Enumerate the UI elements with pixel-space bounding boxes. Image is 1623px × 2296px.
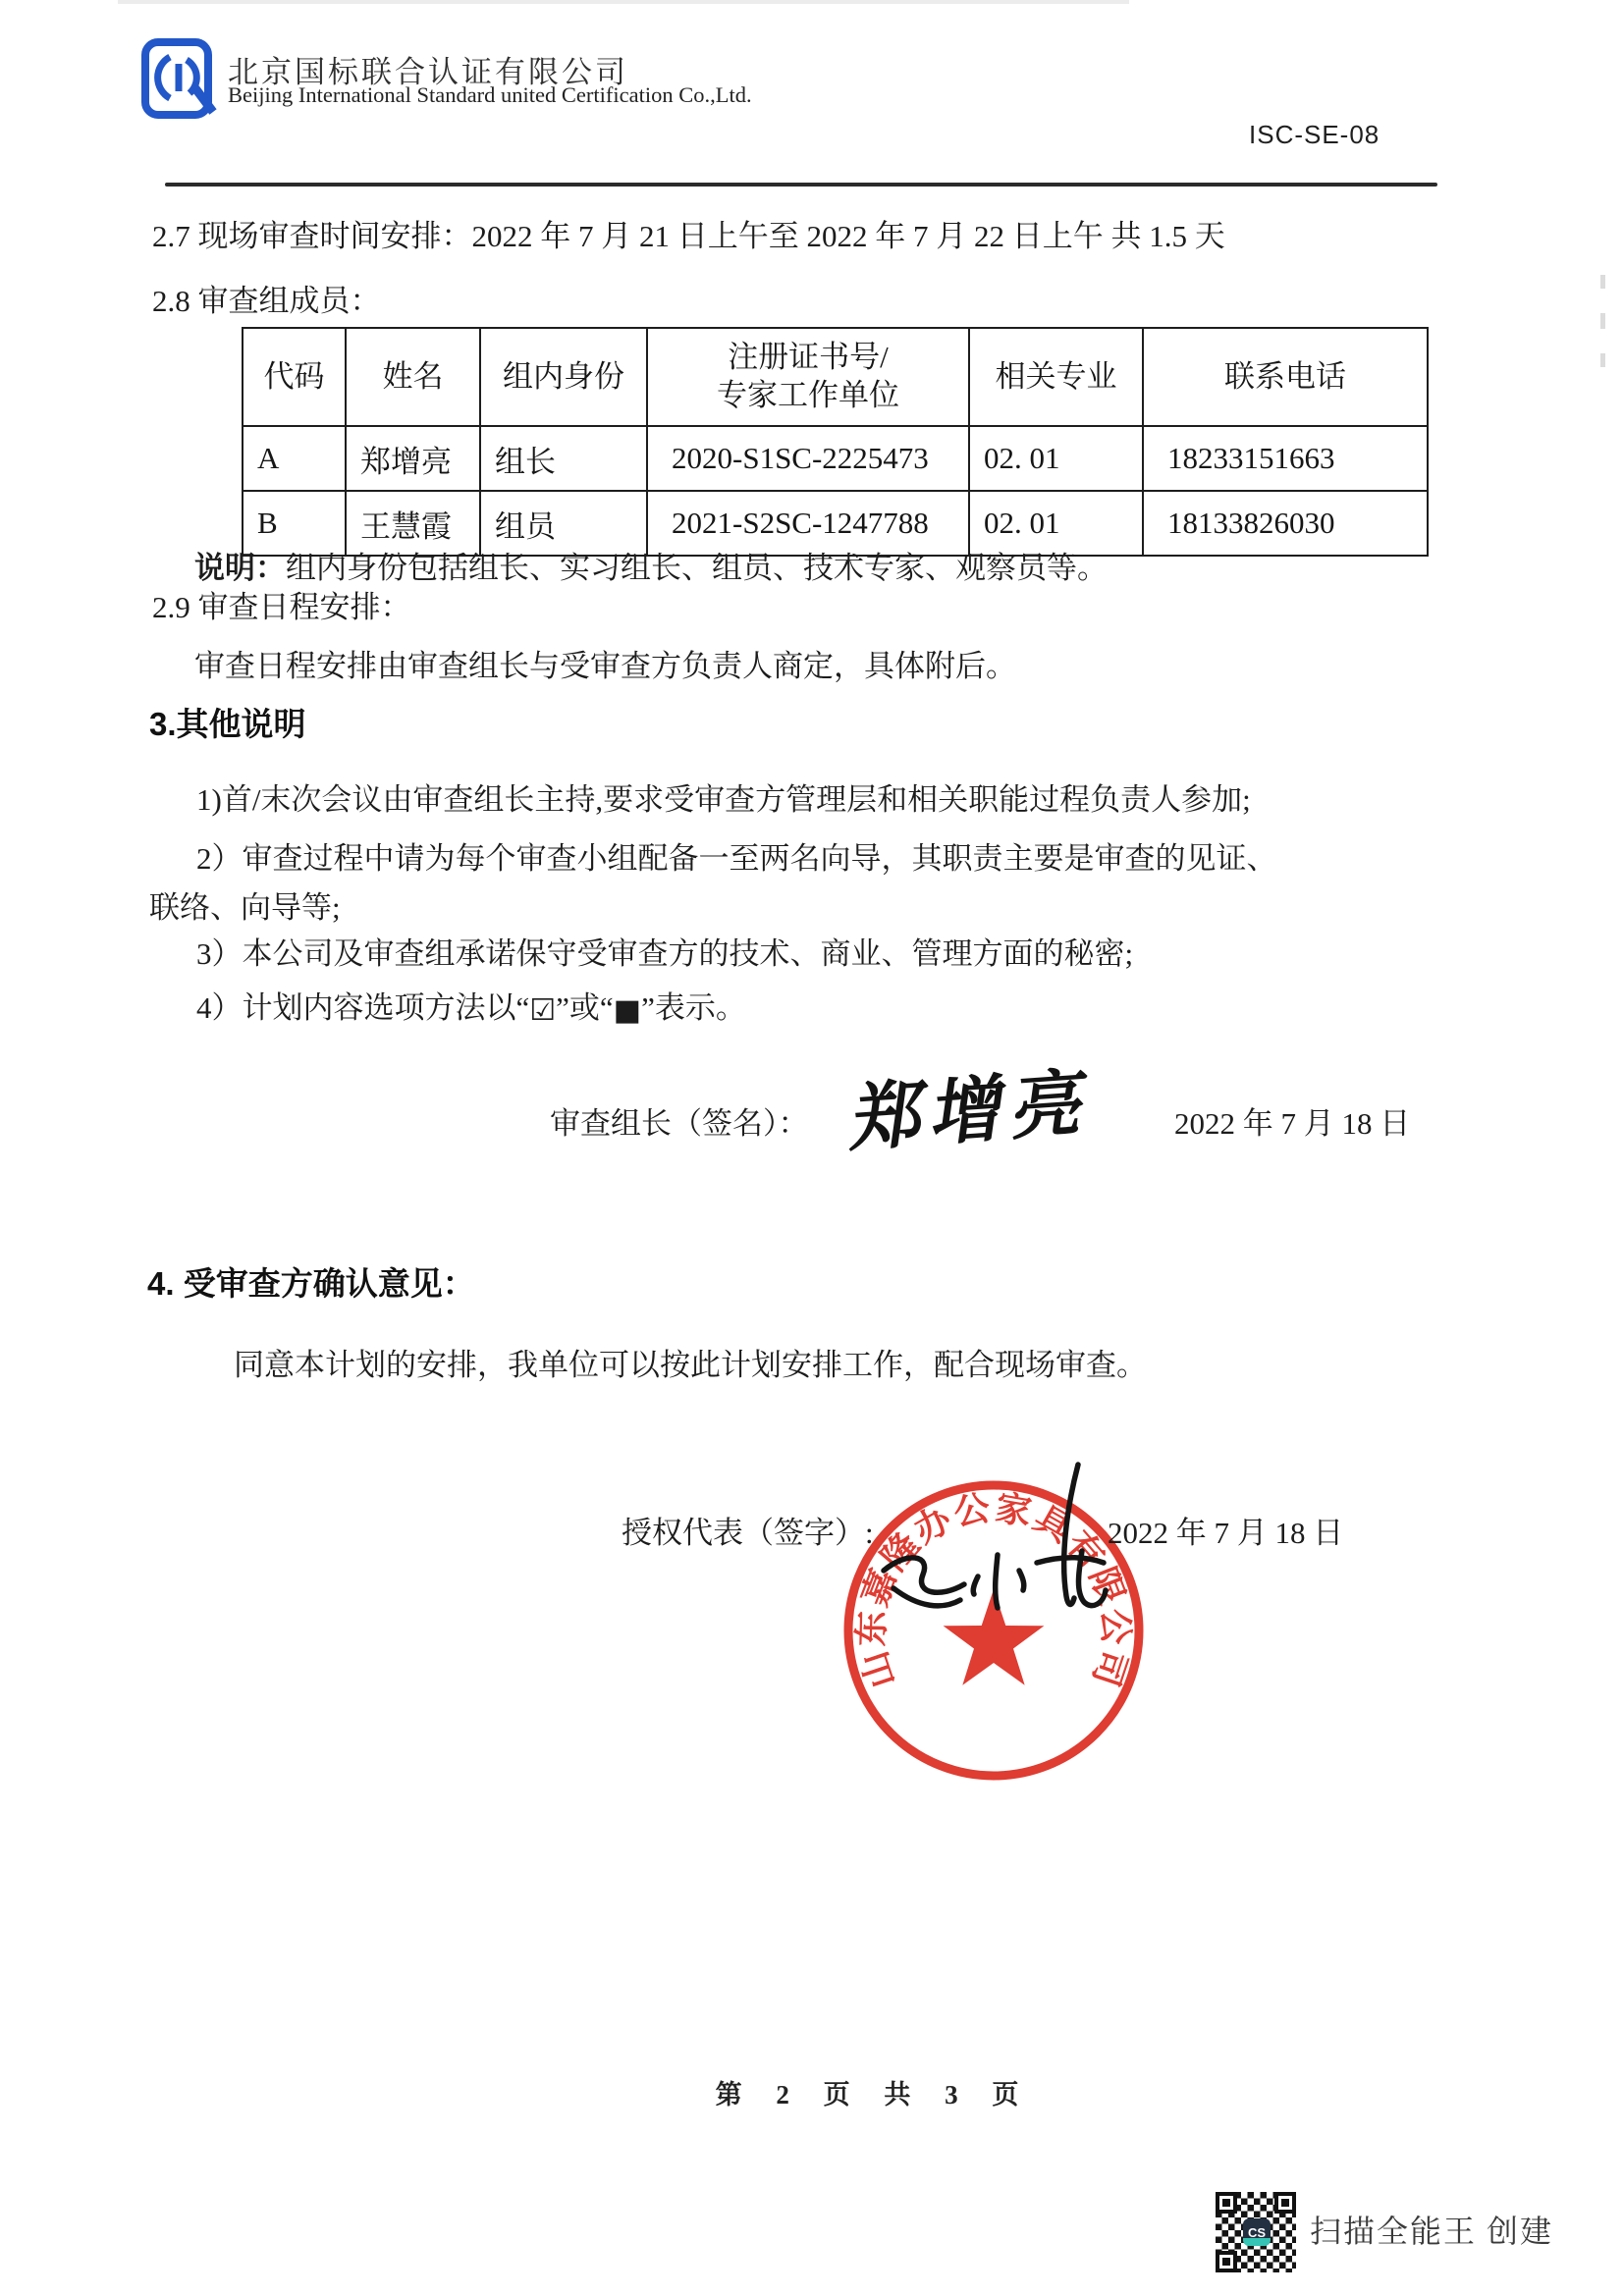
audit-team-table: 代码 姓名 组内身份 注册证书号/ 专家工作单位 相关专业 联系电话 A 郑增亮…: [242, 327, 1429, 557]
company-name-en: Beijing International Standard united Ce…: [228, 82, 752, 108]
qr-finder-icon: [1216, 2192, 1237, 2214]
table-note: 说明：组内身份包括组长、实习组长、组员、技术专家、观察员等。: [194, 550, 1108, 586]
cell-code: A: [243, 426, 346, 491]
cell-name: 王慧霞: [346, 491, 480, 556]
scan-artifact: [1600, 353, 1605, 367]
filled-box-icon: ■: [614, 993, 641, 1029]
col-header-name: 姓名: [346, 328, 480, 426]
representative-signature-date: 2022 年 7 月 18 日: [1108, 1515, 1343, 1551]
section-2-9: 2.9 审查日程安排：: [152, 589, 411, 625]
company-logo: [140, 37, 219, 120]
item4-text: ”或“: [556, 990, 614, 1025]
camscanner-badge-icon: CS: [1243, 2218, 1271, 2246]
item4-text: 4）计划内容选项方法以“: [196, 990, 529, 1025]
cell-specialty: 02. 01: [969, 426, 1143, 491]
scanned-document-page: 北京国标联合认证有限公司 Beijing International Stand…: [0, 0, 1623, 2296]
qr-finder-icon: [1274, 2192, 1296, 2214]
section-3-heading: 3.其他说明: [149, 699, 306, 745]
qr-code: CS: [1216, 2192, 1296, 2272]
scan-artifact: [1600, 275, 1605, 289]
leader-handwritten-signature: 郑增亮: [846, 1044, 1102, 1166]
section-3-item-3: 3）本公司及审查组承诺保守受审查方的技术、商业、管理方面的秘密;: [196, 935, 1133, 972]
col-header-phone: 联系电话: [1143, 328, 1428, 426]
leader-signature-label: 审查组长（签名）：: [550, 1105, 809, 1142]
col-header-role: 组内身份: [480, 328, 647, 426]
form-code: ISC-SE-08: [1249, 120, 1380, 150]
section-2-8: 2.8 审查组成员：: [152, 283, 381, 319]
table-row: B 王慧霞 组员 2021-S2SC-1247788 02. 01 181338…: [243, 491, 1428, 556]
col-header-specialty: 相关专业: [969, 328, 1143, 426]
cell-cert: 2021-S2SC-1247788: [647, 491, 969, 556]
scanner-watermark-text: 扫描全能王 创建: [1310, 2207, 1553, 2252]
table-note-text: 组内身份包括组长、实习组长、组员、技术专家、观察员等。: [286, 551, 1108, 585]
cell-cert: 2020-S1SC-2225473: [647, 426, 969, 491]
section-4-heading: 4. 受审查方确认意见：: [147, 1258, 475, 1305]
table-row: A 郑增亮 组长 2020-S1SC-2225473 02. 01 182331…: [243, 426, 1428, 491]
col-header-code: 代码: [243, 328, 346, 426]
cell-code: B: [243, 491, 346, 556]
header-divider: [165, 183, 1437, 187]
scan-artifact: [1600, 313, 1605, 329]
col-header-cert-line2: 专家工作单位: [649, 377, 967, 415]
scan-artifact: [118, 0, 1129, 4]
section-2-7: 2.7 现场审查时间安排：2022 年 7 月 21 日上午至 2022 年 7…: [152, 218, 1225, 254]
col-header-cert-line1: 注册证书号/: [649, 339, 967, 377]
leader-signature-date: 2022 年 7 月 18 日: [1174, 1105, 1410, 1142]
section-3-item-2: 2）审查过程中请为每个审查小组配备一至两名向导，其职责主要是审查的见证、: [196, 840, 1277, 877]
qr-finder-icon: [1216, 2251, 1237, 2272]
representative-signature-label: 授权代表（签字）:: [622, 1515, 874, 1551]
section-3-item-4: 4）计划内容选项方法以“☑”或“■”表示。: [196, 989, 746, 1027]
representative-handwritten-signature: [825, 1461, 1159, 1662]
table-note-label: 说明：: [194, 551, 286, 585]
table-header-row: 代码 姓名 组内身份 注册证书号/ 专家工作单位 相关专业 联系电话: [243, 328, 1428, 426]
section-2-9-body: 审查日程安排由审查组长与受审查方负责人商定，具体附后。: [194, 648, 1016, 684]
cell-specialty: 02. 01: [969, 491, 1143, 556]
cell-phone: 18233151663: [1143, 426, 1428, 491]
cell-phone: 18133826030: [1143, 491, 1428, 556]
cell-role: 组员: [480, 491, 647, 556]
checked-box-icon: ☑: [529, 993, 556, 1029]
section-3-item-1: 1)首/末次会议由审查组长主持,要求受审查方管理层和相关职能过程负责人参加;: [196, 781, 1251, 818]
item4-text: ”表示。: [641, 990, 746, 1025]
section-3-item-2-cont: 联络、向导等;: [149, 889, 341, 926]
consent-statement: 同意本计划的安排，我单位可以按此计划安排工作，配合现场审查。: [234, 1347, 1147, 1383]
cell-name: 郑增亮: [346, 426, 480, 491]
cell-role: 组长: [480, 426, 647, 491]
page-number-footer: 第 2 页 共 3 页: [687, 2073, 1060, 2111]
col-header-cert: 注册证书号/ 专家工作单位: [647, 328, 969, 426]
